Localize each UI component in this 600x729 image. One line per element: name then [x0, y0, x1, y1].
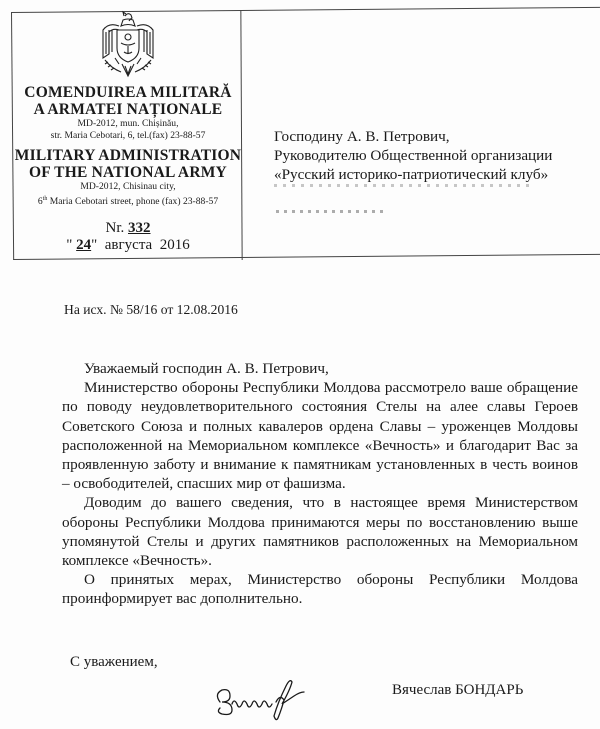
sender-block: COMENDUIREA MILITARĂ A ARMATEI NAȚIONALE…: [14, 10, 242, 254]
sender-address-ro-line2: str. Maria Cebotari, 6, tel.(fax) 23-88-…: [14, 130, 242, 142]
recipient-block: Господину А. В. Петрович, Руководителю О…: [274, 127, 594, 184]
letter-body: Уважаемый господин А. В. Петрович, Минис…: [62, 359, 578, 609]
recipient-line2: Руководителю Общественной организации: [274, 146, 594, 165]
sender-name-en-line2: OF THE NATIONAL ARMY: [14, 164, 242, 181]
registration-number-value: 332: [128, 220, 151, 236]
date-year: 2016: [160, 237, 190, 253]
reference-line: На исх. № 58/16 от 12.08.2016: [64, 302, 238, 318]
registration-number-label: Nr.: [106, 220, 125, 236]
registration-date: " 24" августа 2016: [14, 237, 242, 254]
greeting: Уважаемый господин А. В. Петрович,: [84, 359, 578, 378]
sender-name-en-line1: MILITARY ADMINISTRATION: [14, 147, 242, 164]
street-number-suffix: th: [43, 196, 48, 202]
letter-page: COMENDUIREA MILITARĂ A ARMATEI NAȚIONALE…: [0, 0, 600, 729]
recipient-line3: «Русский историко-патриотический клуб»: [274, 165, 594, 184]
handwritten-signature-icon: [210, 672, 328, 722]
registration-number: Nr. 332: [14, 220, 242, 237]
sender-name-ro-line2: A ARMATEI NAȚIONALE: [14, 101, 242, 118]
date-open-quote: ": [66, 237, 72, 253]
closing: С уважением,: [70, 654, 158, 671]
sender-address-en-line2: 6th Maria Cebotari street, phone (fax) 2…: [14, 193, 242, 208]
sender-address-en-line1: MD-2012, Chisinau city,: [14, 181, 242, 193]
date-close-quote: ": [91, 237, 97, 253]
recipient-line1: Господину А. В. Петрович,: [274, 127, 594, 146]
paragraph-2: Доводим до вашего сведения, что в настоя…: [62, 493, 578, 570]
moldova-coat-of-arms-icon: [95, 10, 161, 82]
sender-address-ro-line1: MD-2012, mun. Chișinău,: [14, 118, 242, 130]
paragraph-3: О принятых мерах, Министерство обороны Р…: [62, 570, 578, 608]
date-month: августа: [105, 237, 152, 253]
faded-recipient-line: [274, 184, 534, 187]
paragraph-1: Министерство обороны Республики Молдова …: [62, 378, 578, 493]
signatory-name: Вячеслав БОНДАРЬ: [392, 682, 523, 699]
street-rest: Maria Cebotari street, phone (fax) 23-88…: [50, 196, 218, 207]
faded-address-line: [276, 210, 386, 213]
date-day: 24: [76, 237, 91, 253]
sender-name-ro-line1: COMENDUIREA MILITARĂ: [14, 84, 242, 101]
